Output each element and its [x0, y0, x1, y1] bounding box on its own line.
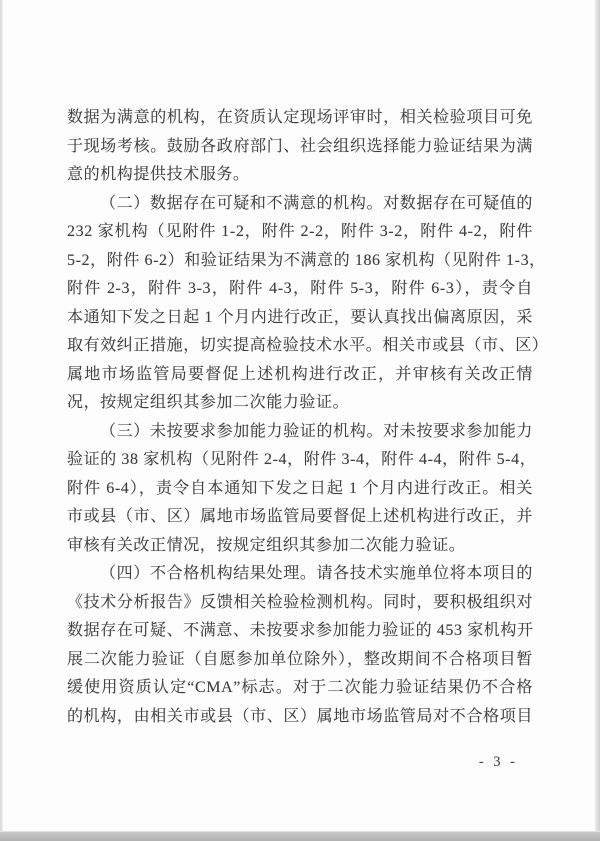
text-line: 232 家机构（见附件 1-2，附件 2-2，附件 3-2，附件 4-2，附件 — [67, 218, 533, 247]
text-line: 审核有关改正情况，按规定组织其参加二次能力验证。 — [67, 532, 533, 561]
text-line: （三）未按要求参加能力验证的机构。对未按要求参加能力 — [67, 418, 533, 447]
scan-edge-left — [0, 0, 3, 841]
text-line: 验证的 38 家机构（见附件 2-4，附件 3-4，附件 4-4，附件 5-4， — [67, 446, 533, 475]
text-line: （四）不合格机构结果处理。请各技术实施单位将本项目的 — [67, 560, 533, 589]
scan-edge-right — [595, 0, 600, 841]
text-line: 数据存在可疑、不满意、未按要求参加能力验证的 453 家机构开 — [67, 617, 533, 646]
text-line: 附件 2-3，附件 3-3，附件 4-3，附件 5-3，附件 6-3），责令自 — [67, 275, 533, 304]
text-line: 本通知下发之日起 1 个月内进行改正，要认真找出偏离原因，采 — [67, 304, 533, 333]
text-line: 《技术分析报告》反馈相关检验检测机构。同时，要积极组织对 — [67, 589, 533, 618]
text-line: 于现场考核。鼓励各政府部门、社会组织选择能力验证结果为满 — [67, 133, 533, 162]
text-line: 况，按规定组织其参加二次能力验证。 — [67, 389, 533, 418]
text-line: （二）数据存在可疑和不满意的机构。对数据存在可疑值的 — [67, 190, 533, 219]
text-line: 市或县（市、区）属地市场监管局要督促上述机构进行改正，并 — [67, 503, 533, 532]
text-line: 5-2，附件 6-2）和验证结果为不满意的 186 家机构（见附件 1-3， — [67, 247, 533, 276]
text-line: 缓使用资质认定“CMA”标志。对于二次能力验证结果仍不合格 — [67, 674, 533, 703]
text-line: 属地市场监管局要督促上述机构进行改正，并审核有关改正情 — [67, 361, 533, 390]
page-number: - 3 - — [479, 752, 518, 772]
text-line: 数据为满意的机构，在资质认定现场评审时，相关检验项目可免 — [67, 104, 533, 133]
text-line: 的机构，由相关市或县（市、区）属地市场监管局对不合格项目 — [67, 703, 533, 732]
scan-edge-bottom — [0, 831, 600, 841]
text-line: 取有效纠正措施，切实提高检验技术水平。相关市或县（市、区） — [67, 332, 533, 361]
text-line: 附件 6-4），责令自本通知下发之日起 1 个月内进行改正。相关 — [67, 475, 533, 504]
text-line: 意的机构提供技术服务。 — [67, 161, 533, 190]
scanned-document-page: 数据为满意的机构，在资质认定现场评审时，相关检验项目可免于现场考核。鼓励各政府部… — [0, 0, 600, 841]
text-line: 展二次能力验证（自愿参加单位除外），整改期间不合格项目暂 — [67, 646, 533, 675]
document-body: 数据为满意的机构，在资质认定现场评审时，相关检验项目可免于现场考核。鼓励各政府部… — [67, 104, 533, 731]
